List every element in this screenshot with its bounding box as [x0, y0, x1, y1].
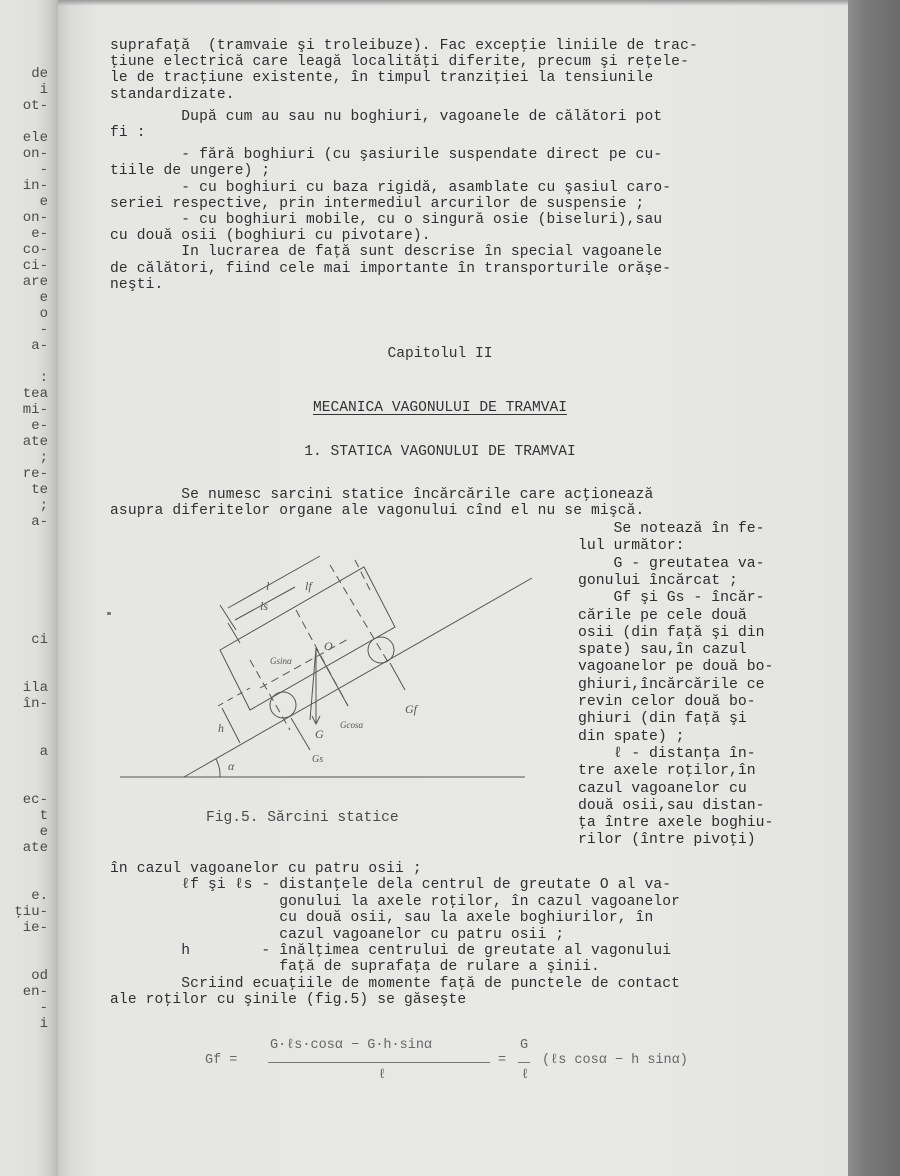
- svg-text:ls: ls: [260, 599, 268, 613]
- side-text-line: osii (din faţă şi din: [578, 625, 764, 642]
- equation-lhs: Gf =: [205, 1053, 237, 1068]
- side-text-line: gonului încărcat ;: [578, 573, 738, 590]
- text-line: - cu boghiuri cu baza rigidă, asamblate …: [110, 180, 671, 196]
- svg-text:Gsinα: Gsinα: [270, 656, 292, 666]
- text-line: In lucrarea de faţă sunt descrise în spe…: [110, 244, 662, 260]
- text-line: Se numesc sarcini statice încărcările ca…: [110, 487, 653, 503]
- equals-sign: =: [498, 1053, 506, 1068]
- side-text-line: Gf şi Gs - încăr-: [578, 590, 764, 607]
- side-text-line: două osii,sau distan-: [578, 798, 764, 815]
- ink-speck: [107, 612, 111, 615]
- text-line: faţă de suprafaţa de rulare a şinii.: [110, 959, 600, 975]
- text-line: După cum au sau nu boghiuri, vagoanele d…: [110, 109, 662, 125]
- chapter-label: Capitolul II: [100, 346, 780, 362]
- svg-text:α: α: [228, 759, 235, 773]
- rear-wheel: [270, 692, 296, 718]
- static-loads-figure: l lf ls O Gsinα G Gcosα Gf Gs h α: [100, 530, 550, 800]
- g-over-l-numerator: G: [520, 1038, 528, 1053]
- side-text-line: cările pe cele două: [578, 608, 747, 625]
- equation-denominator: ℓ: [378, 1068, 386, 1083]
- svg-text:Gs: Gs: [312, 754, 323, 765]
- text-line: asupra diferitelor organe ale vagonului …: [110, 503, 644, 519]
- text-line: cu două osii (boghiuri cu pivotare).: [110, 228, 431, 244]
- text-line: le de tracţiune existente, în timpul tra…: [110, 70, 653, 86]
- text-line: - fără boghiuri (cu şasiurile suspendate…: [110, 147, 662, 163]
- text-line: cu două osii, sau la axele boghiurilor, …: [110, 910, 653, 926]
- side-text-line: revin celor două bo-: [578, 694, 756, 711]
- svg-text:Gcosα: Gcosα: [340, 720, 363, 730]
- text-line: ℓf şi ℓs - distanţele dela centrul de gr…: [110, 877, 671, 893]
- side-text-line: G - greutatea va-: [578, 556, 764, 573]
- side-text-line: ghiuri (din faţă şi: [578, 711, 747, 728]
- text-line: de călători, fiind cele mai importante î…: [110, 261, 671, 277]
- side-text-line: Se notează în fe-: [578, 521, 764, 538]
- equation-rhs: (ℓs cosα − h sinα): [542, 1053, 688, 1068]
- svg-text:l: l: [266, 579, 270, 593]
- side-text-line: ℓ - distanţa în-: [578, 746, 756, 763]
- book-binding-edge: [848, 0, 900, 1176]
- text-line: fi :: [110, 125, 146, 141]
- text-line: cazul vagoanelor cu patru osii ;: [110, 927, 564, 943]
- side-text-line: ghiuri,încărcările ce: [578, 677, 764, 694]
- rail-incline-line: [184, 578, 532, 777]
- text-line: ţiune electrică care leagă localităţi di…: [110, 54, 689, 70]
- text-line: ale roţilor cu şinile (fig.5) se găseşte: [110, 992, 466, 1008]
- svg-text:Gf: Gf: [405, 702, 419, 716]
- side-text-line: rilor (între pivoţi): [578, 832, 756, 849]
- svg-text:G: G: [315, 727, 324, 741]
- g-over-l-bar: [518, 1062, 530, 1063]
- text-line: - cu boghiuri mobile, cu o singură osie …: [110, 212, 662, 228]
- side-text-line: ţa între axele boghiu-: [578, 815, 773, 832]
- figure-caption: Fig.5. Sărcini statice: [206, 810, 399, 826]
- side-text-line: din spate) ;: [578, 729, 685, 746]
- side-text-line: spate) sau,în cazul: [578, 642, 747, 659]
- text-line: h - înălţimea centrului de greutate al v…: [110, 943, 671, 959]
- chapter-title-text: MECANICA VAGONULUI DE TRAMVAI: [313, 400, 567, 416]
- svg-text:h: h: [218, 721, 224, 735]
- svg-text:O: O: [324, 639, 333, 653]
- text-line: gonului la axele roţilor, în cazul vagoa…: [110, 894, 680, 910]
- side-text-line: tre axele roţilor,în: [578, 763, 756, 780]
- svg-text:lf: lf: [305, 579, 313, 593]
- text-line: suprafaţă (tramvaie şi troleibuze). Fac …: [110, 38, 698, 54]
- front-wheel: [368, 637, 394, 663]
- side-text-line: vagoanelor pe două bo-: [578, 659, 773, 676]
- equation-numerator: G·ℓs·cosα − G·h·sinα: [270, 1038, 432, 1053]
- fraction-bar: [268, 1062, 490, 1063]
- text-line: tiile de ungere) ;: [110, 163, 270, 179]
- text-line: standardizate.: [110, 87, 235, 103]
- previous-page-edge: de i ot- ele on- - in- e on- e- co- ci- …: [0, 0, 58, 1176]
- text-line: neşti.: [110, 277, 163, 293]
- text-line: Scriind ecuaţiile de momente faţă de pun…: [110, 976, 680, 992]
- side-text-line: cazul vagoanelor cu: [578, 781, 747, 798]
- text-line: în cazul vagoanelor cu patru osii ;: [110, 861, 422, 877]
- side-text-line: lul următor:: [578, 538, 685, 555]
- equation-gf: Gf = G·ℓs·cosα − G·h·sinα ℓ = G ℓ (ℓs co…: [180, 1030, 780, 1090]
- previous-page-text-lower: ci ila în- a ec- t e ate e. ţiu- ie- od …: [14, 632, 48, 1032]
- text-line: seriei respective, prin intermediul arcu…: [110, 196, 644, 212]
- g-over-l-denominator: ℓ: [521, 1068, 529, 1083]
- chapter-title: MECANICA VAGONULUI DE TRAMVAI: [100, 400, 780, 416]
- previous-page-text-upper: de i ot- ele on- - in- e on- e- co- ci- …: [23, 66, 48, 530]
- section-title: 1. STATICA VAGONULUI DE TRAMVAI: [100, 444, 780, 460]
